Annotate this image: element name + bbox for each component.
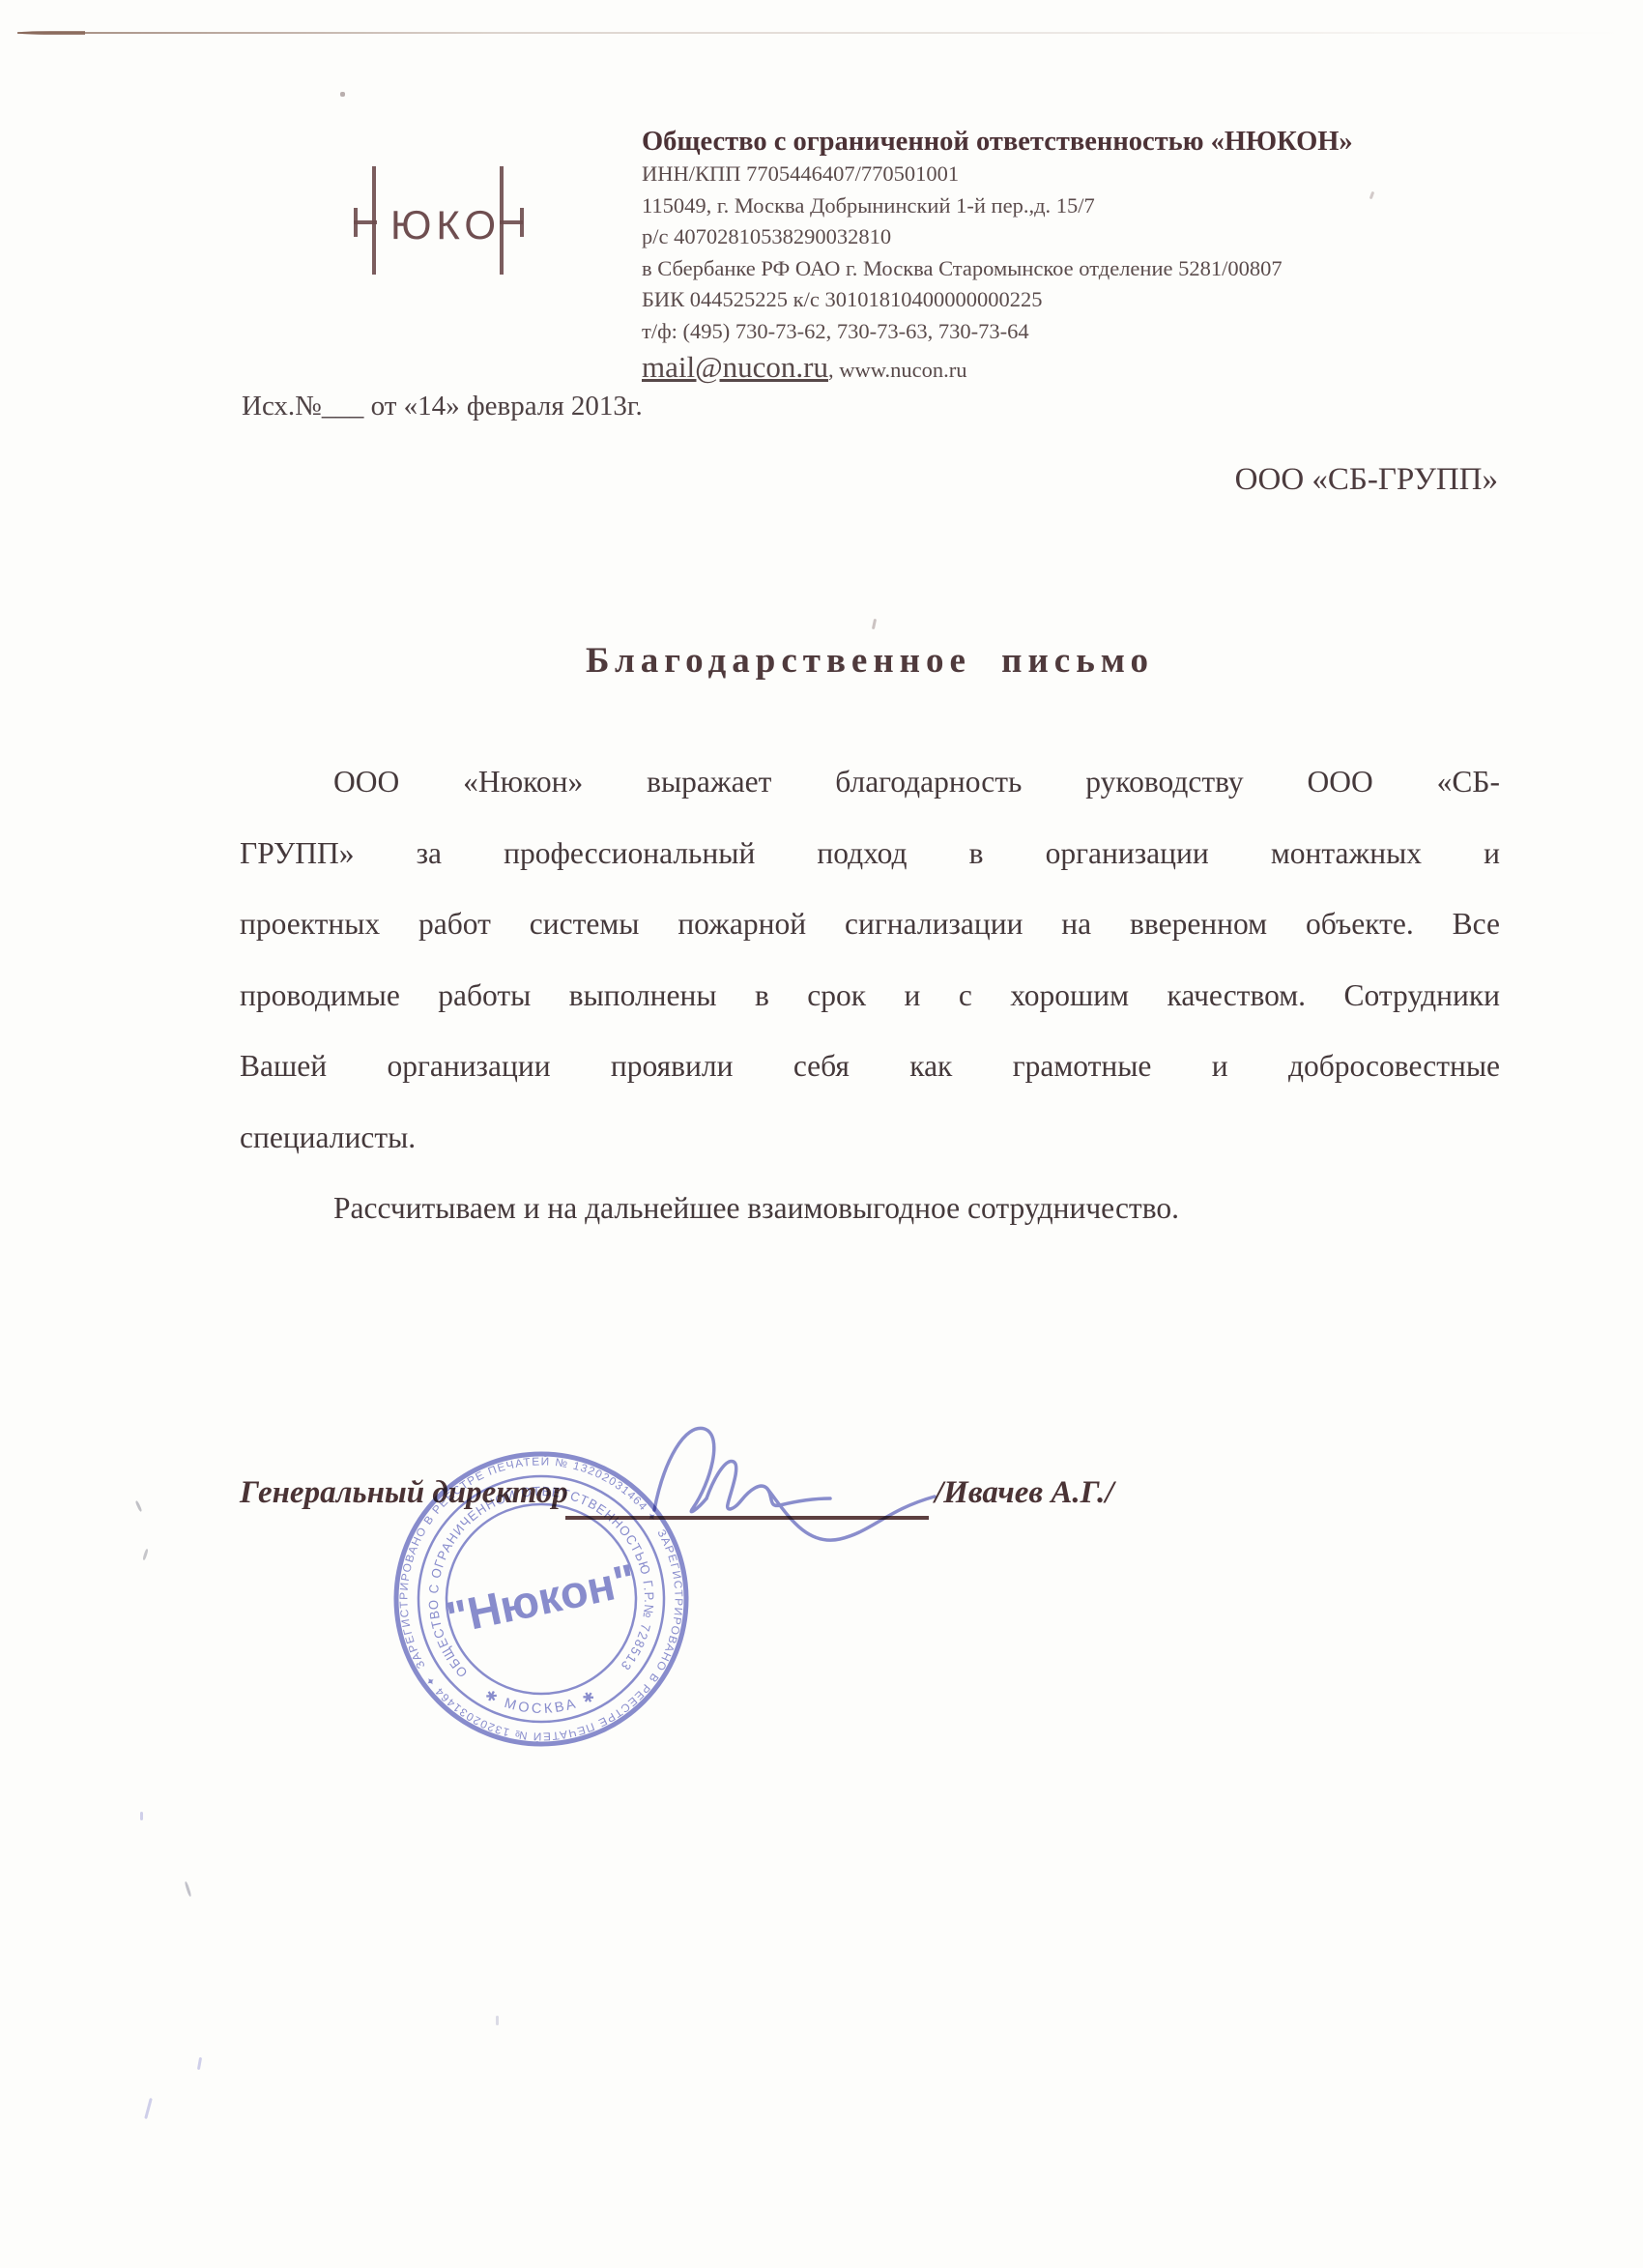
recipient-name: ООО «СБ-ГРУПП» [1235,462,1498,498]
letter-page: ЮКО Общество с ограниченной ответственно… [0,0,1643,2268]
body-line: проводимые работы выполнены в срок и с х… [240,960,1500,1032]
stamp-city-text: ✱ МОСКВА ✱ [482,1688,600,1718]
scan-speck [185,1881,192,1897]
scan-speck [340,92,345,97]
body-line: ГРУПП» за профессиональный подход в орга… [240,818,1500,889]
body-line: специалисты. [240,1102,1500,1174]
stamp-center-name: "Нюкон" [442,1554,640,1643]
company-contacts-row: mail@nucon.ru, www.nucon.ru [642,350,1531,385]
logo-letters: ЮКО [390,205,501,246]
signature-stroke [706,1461,830,1508]
scan-edge-hook [17,31,85,35]
body-line: проектных работ системы пожарной сигнали… [240,888,1500,960]
company-address: 115049, г. Москва Добрынинский 1-й пер.,… [642,190,1531,222]
handwritten-signature [633,1413,952,1558]
outgoing-ref-line: Исх.№___ от «14» февраля 2013г. [242,391,643,422]
svg-text:✱ МОСКВА ✱: ✱ МОСКВА ✱ [482,1688,600,1718]
company-phones: т/ф: (495) 730-73-62, 730-73-63, 730-73-… [642,316,1531,348]
scan-speck [197,2057,202,2070]
company-name: Общество с ограниченной ответственностью… [642,126,1531,159]
company-account: р/с 40702810538290032810 [642,221,1531,253]
scan-speck [144,2098,153,2119]
signer-name: /Ивачев А.Г./ [935,1475,1114,1511]
company-logo: ЮКО [354,166,526,276]
letter-title: Благодарственное письмо [240,640,1500,682]
company-email: mail@nucon.ru [642,350,828,384]
company-inn-kpp: ИНН/КПП 7705446407/770501001 [642,159,1531,190]
closing-line: Рассчитываем и на дальнейшее взаимовыгод… [240,1173,1500,1244]
company-bank: в Сбербанке РФ ОАО г. Москва Старомынско… [642,253,1531,285]
logo-right-short-stem [520,208,524,237]
scan-edge-line [17,32,1622,34]
signature-stroke [767,1489,935,1540]
body-line: Вашей организации проявили себя как грам… [240,1031,1500,1102]
scan-speck [496,2016,499,2025]
company-website: , www.nucon.ru [828,358,967,382]
letter-body: ООО «Нюкон» выражает благодарность руков… [240,746,1500,1244]
scan-speck [135,1500,143,1512]
logo-left-crossbar [354,220,377,224]
company-bik: БИК 044525225 к/с 30101810400000000225 [642,284,1531,316]
letterhead: Общество с ограниченной ответственностью… [642,126,1531,385]
body-line: ООО «Нюкон» выражает благодарность руков… [240,746,1500,818]
scan-speck [872,619,877,629]
scan-speck [142,1549,149,1560]
scan-speck [140,1812,143,1820]
